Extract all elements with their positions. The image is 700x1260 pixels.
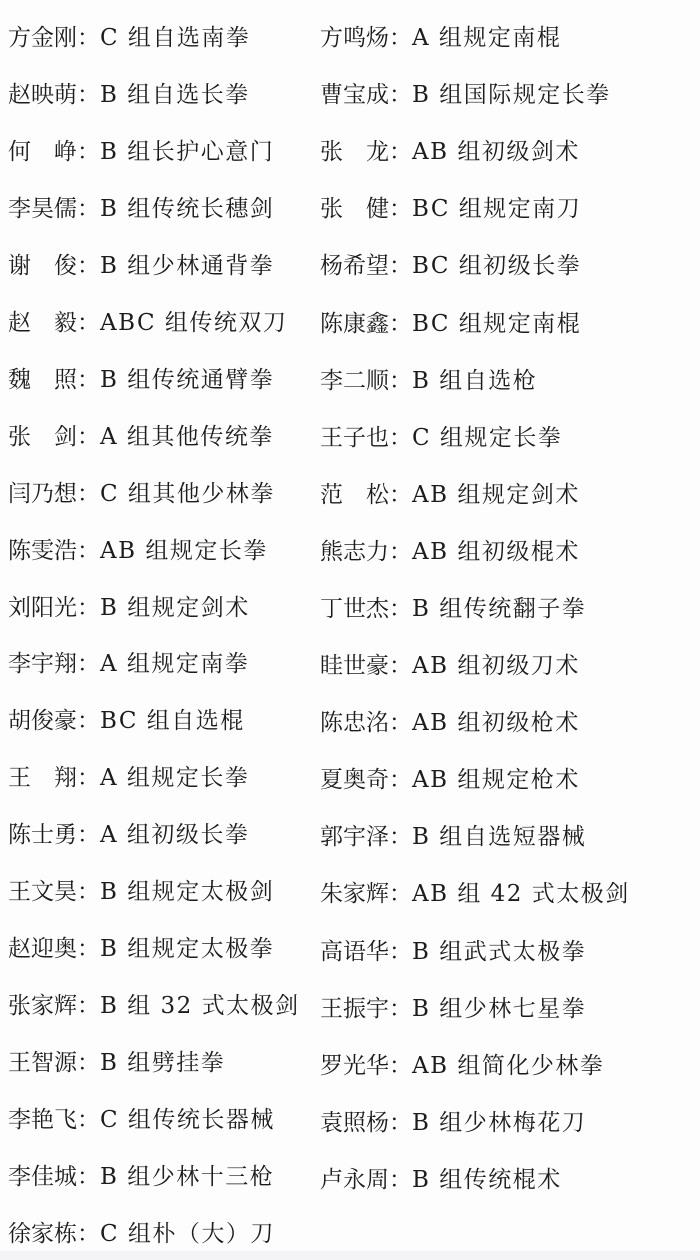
colon-separator: ：	[389, 1161, 412, 1194]
event-assignment: B 组 32 式太极剑	[100, 987, 300, 1020]
athlete-name: 杨希望	[320, 247, 389, 280]
athlete-name: 张健	[320, 190, 389, 223]
event-assignment: AB 组初级枪术	[412, 704, 580, 737]
colon-separator: ：	[389, 933, 412, 966]
roster-entry: 方鸣炀：A 组规定南棍	[320, 7, 696, 64]
event-assignment: A 组规定南拳	[100, 645, 249, 678]
event-assignment: C 组自选南拳	[100, 19, 250, 52]
athlete-name: 闫乃想	[8, 475, 77, 508]
colon-separator: ：	[389, 533, 412, 566]
athlete-name: 陈忠洺	[320, 704, 389, 737]
colon-separator: ：	[77, 816, 100, 849]
event-assignment: B 组传统通臂拳	[100, 361, 274, 394]
roster-entry: 魏照：B 组传统通臂拳	[8, 349, 320, 406]
colon-separator: ：	[77, 873, 100, 906]
colon-separator: ：	[77, 133, 100, 166]
event-assignment: B 组规定剑术	[100, 589, 250, 622]
roster-entry: 李昊儒：B 组传统长穗剑	[8, 178, 320, 235]
event-assignment: B 组自选枪	[412, 362, 537, 395]
page-bottom-edge	[0, 1251, 700, 1260]
roster-entry: 陈士勇：A 组初级长拳	[8, 804, 320, 861]
roster-entry: 范松：AB 组规定剑术	[320, 464, 696, 521]
athlete-name: 陈雯浩	[8, 532, 77, 565]
athlete-name: 罗光华	[320, 1047, 389, 1080]
event-assignment: A 组其他传统拳	[100, 418, 274, 451]
athlete-name: 袁照杨	[320, 1104, 389, 1137]
roster-entry: 杨希望：BC 组初级长拳	[320, 235, 696, 292]
event-assignment: B 组武式太极拳	[412, 933, 586, 966]
colon-separator: ：	[389, 990, 412, 1023]
athlete-name: 陈康鑫	[320, 305, 389, 338]
colon-separator: ：	[77, 76, 100, 109]
event-assignment: ABC 组传统双刀	[100, 304, 287, 337]
athlete-name: 卢永周	[320, 1161, 389, 1194]
athlete-name: 王振宇	[320, 990, 389, 1023]
colon-separator: ：	[77, 1101, 100, 1134]
athlete-name: 李二顺	[320, 362, 389, 395]
roster-entry: 曹宝成：B 组国际规定长拳	[320, 64, 696, 121]
athlete-name: 王文昊	[8, 873, 77, 906]
colon-separator: ：	[389, 19, 412, 52]
athlete-name: 李宇翔	[8, 645, 77, 678]
roster-entry: 袁照杨：B 组少林梅花刀	[320, 1092, 696, 1149]
event-assignment: AB 组规定枪术	[412, 761, 580, 794]
athlete-name: 夏奥奇	[320, 761, 389, 794]
event-assignment: B 组少林通背拳	[100, 247, 274, 280]
roster-entry: 谢俊：B 组少林通背拳	[8, 235, 320, 292]
event-assignment: A 组规定南棍	[412, 19, 561, 52]
athlete-name: 高语华	[320, 933, 389, 966]
athlete-name: 王翔	[8, 759, 77, 792]
colon-separator: ：	[389, 761, 412, 794]
athlete-name: 张剑	[8, 418, 77, 451]
athlete-name: 郭宇泽	[320, 818, 389, 851]
colon-separator: ：	[77, 247, 100, 280]
colon-separator: ：	[389, 190, 412, 223]
athlete-name: 朱家辉	[320, 875, 389, 908]
athlete-name: 丁世杰	[320, 590, 389, 623]
colon-separator: ：	[77, 475, 100, 508]
athlete-name: 范松	[320, 476, 389, 509]
roster-entry: 陈雯浩：AB 组规定长拳	[8, 520, 320, 577]
colon-separator: ：	[389, 476, 412, 509]
athlete-name: 眭世豪	[320, 647, 389, 680]
event-assignment: B 组少林七星拳	[412, 990, 586, 1023]
colon-separator: ：	[77, 645, 100, 678]
colon-separator: ：	[389, 133, 412, 166]
colon-separator: ：	[77, 361, 100, 394]
roster-entry: 王振宇：B 组少林七星拳	[320, 978, 696, 1035]
event-assignment: B 组规定太极拳	[100, 930, 274, 963]
roster-entry: 赵毅：ABC 组传统双刀	[8, 292, 320, 349]
athlete-name: 刘阳光	[8, 589, 77, 622]
colon-separator: ：	[77, 1044, 100, 1077]
roster-entry: 闫乃想：C 组其他少林拳	[8, 463, 320, 520]
event-assignment: A 组规定长拳	[100, 759, 249, 792]
event-assignment: AB 组规定长拳	[100, 532, 268, 565]
roster-document: 方金刚：C 组自选南拳赵映萌：B 组自选长拳何峥：B 组长护心意门李昊儒：B 组…	[0, 0, 700, 1260]
athlete-name: 陈士勇	[8, 816, 77, 849]
roster-column-left: 方金刚：C 组自选南拳赵映萌：B 组自选长拳何峥：B 组长护心意门李昊儒：B 组…	[8, 7, 320, 1260]
roster-entry: 熊志力：AB 组初级棍术	[320, 521, 696, 578]
event-assignment: B 组传统长穗剑	[100, 190, 274, 223]
athlete-name: 赵映萌	[8, 76, 77, 109]
event-assignment: AB 组初级刀术	[412, 647, 580, 680]
athlete-name: 王子也	[320, 419, 389, 452]
event-assignment: B 组自选短器械	[412, 818, 586, 851]
event-assignment: AB 组初级剑术	[412, 133, 580, 166]
roster-entry: 李宇翔：A 组规定南拳	[8, 633, 320, 690]
colon-separator: ：	[389, 1104, 412, 1137]
event-assignment: C 组其他少林拳	[100, 475, 275, 508]
colon-separator: ：	[77, 532, 100, 565]
athlete-name: 魏照	[8, 361, 77, 394]
event-assignment: B 组劈挂拳	[100, 1044, 225, 1077]
colon-separator: ：	[389, 590, 412, 623]
event-assignment: B 组规定太极剑	[100, 873, 274, 906]
roster-entry: 胡俊豪：BC 组自选棍	[8, 690, 320, 747]
colon-separator: ：	[77, 702, 100, 735]
roster-entry: 赵映萌：B 组自选长拳	[8, 64, 320, 121]
colon-separator: ：	[77, 759, 100, 792]
athlete-name: 胡俊豪	[8, 702, 77, 735]
colon-separator: ：	[77, 589, 100, 622]
athlete-name: 李佳城	[8, 1158, 77, 1191]
colon-separator: ：	[389, 419, 412, 452]
event-assignment: AB 组 42 式太极剑	[412, 875, 630, 908]
colon-separator: ：	[389, 818, 412, 851]
colon-separator: ：	[77, 987, 100, 1020]
athlete-name: 何峥	[8, 133, 77, 166]
roster-entry: 陈忠洺：AB 组初级枪术	[320, 692, 696, 749]
roster-entry: 李二顺：B 组自选枪	[320, 350, 696, 407]
event-assignment: B 组国际规定长拳	[412, 76, 611, 109]
athlete-name: 赵迎奥	[8, 930, 77, 963]
athlete-name: 张龙	[320, 133, 389, 166]
roster-entry: 张健：BC 组规定南刀	[320, 178, 696, 235]
roster-entry: 张龙：AB 组初级剑术	[320, 121, 696, 178]
roster-entry: 赵迎奥：B 组规定太极拳	[8, 918, 320, 975]
roster-entry: 何峥：B 组长护心意门	[8, 121, 320, 178]
roster-entry: 陈康鑫：BC 组规定南棍	[320, 292, 696, 349]
colon-separator: ：	[77, 1158, 100, 1191]
event-assignment: B 组自选长拳	[100, 76, 250, 109]
roster-entry: 王子也：C 组规定长拳	[320, 407, 696, 464]
event-assignment: C 组传统长器械	[100, 1101, 275, 1134]
roster-column-right: 方鸣炀：A 组规定南棍曹宝成：B 组国际规定长拳张龙：AB 组初级剑术张健：BC…	[320, 7, 696, 1260]
colon-separator: ：	[77, 304, 100, 337]
event-assignment: C 组朴（大）刀	[100, 1215, 275, 1248]
roster-entry: 王智源：B 组劈挂拳	[8, 1032, 320, 1089]
athlete-name: 赵毅	[8, 304, 77, 337]
roster-entry: 张家辉：B 组 32 式太极剑	[8, 975, 320, 1032]
event-assignment: B 组少林十三枪	[100, 1158, 274, 1191]
colon-separator: ：	[77, 418, 100, 451]
athlete-name: 谢俊	[8, 247, 77, 280]
colon-separator: ：	[389, 647, 412, 680]
colon-separator: ：	[389, 1047, 412, 1080]
athlete-name: 曹宝成	[320, 76, 389, 109]
colon-separator: ：	[77, 930, 100, 963]
colon-separator: ：	[77, 1215, 100, 1248]
roster-entry: 朱家辉：AB 组 42 式太极剑	[320, 863, 696, 920]
athlete-name: 李艳飞	[8, 1101, 77, 1134]
event-assignment: BC 组自选棍	[100, 702, 245, 735]
event-assignment: BC 组规定南棍	[412, 305, 581, 338]
roster-entry: 王翔：A 组规定长拳	[8, 747, 320, 804]
athlete-name: 徐家栋	[8, 1215, 77, 1248]
colon-separator: ：	[389, 362, 412, 395]
event-assignment: C 组规定长拳	[412, 419, 562, 452]
athlete-name: 方金刚	[8, 19, 77, 52]
event-assignment: AB 组简化少林拳	[412, 1047, 604, 1080]
colon-separator: ：	[77, 19, 100, 52]
athlete-name: 熊志力	[320, 533, 389, 566]
athlete-name: 方鸣炀	[320, 19, 389, 52]
event-assignment: BC 组规定南刀	[412, 190, 581, 223]
roster-entry: 眭世豪：AB 组初级刀术	[320, 635, 696, 692]
roster-entry: 夏奥奇：AB 组规定枪术	[320, 749, 696, 806]
athlete-name: 王智源	[8, 1044, 77, 1077]
roster-entry: 高语华：B 组武式太极拳	[320, 921, 696, 978]
roster-entry: 郭宇泽：B 组自选短器械	[320, 806, 696, 863]
event-assignment: AB 组初级棍术	[412, 533, 580, 566]
event-assignment: B 组传统翻子拳	[412, 590, 586, 623]
event-assignment: BC 组初级长拳	[412, 247, 581, 280]
colon-separator: ：	[389, 875, 412, 908]
event-assignment: A 组初级长拳	[100, 816, 249, 849]
roster-entry: 张剑：A 组其他传统拳	[8, 406, 320, 463]
colon-separator: ：	[77, 190, 100, 223]
colon-separator: ：	[389, 76, 412, 109]
roster-entry: 丁世杰：B 组传统翻子拳	[320, 578, 696, 635]
roster-entry: 刘阳光：B 组规定剑术	[8, 577, 320, 634]
roster-entry: 方金刚：C 组自选南拳	[8, 7, 320, 64]
event-assignment: B 组长护心意门	[100, 133, 274, 166]
roster-entry: 王文昊：B 组规定太极剑	[8, 861, 320, 918]
colon-separator: ：	[389, 704, 412, 737]
athlete-name: 李昊儒	[8, 190, 77, 223]
colon-separator: ：	[389, 247, 412, 280]
roster-entry: 李艳飞：C 组传统长器械	[8, 1089, 320, 1146]
athlete-name: 张家辉	[8, 987, 77, 1020]
event-assignment: B 组传统棍术	[412, 1161, 562, 1194]
roster-entry: 卢永周：B 组传统棍术	[320, 1149, 696, 1206]
event-assignment: AB 组规定剑术	[412, 476, 580, 509]
event-assignment: B 组少林梅花刀	[412, 1104, 586, 1137]
colon-separator: ：	[389, 305, 412, 338]
roster-entry: 李佳城：B 组少林十三枪	[8, 1146, 320, 1203]
roster-entry: 罗光华：AB 组简化少林拳	[320, 1035, 696, 1092]
